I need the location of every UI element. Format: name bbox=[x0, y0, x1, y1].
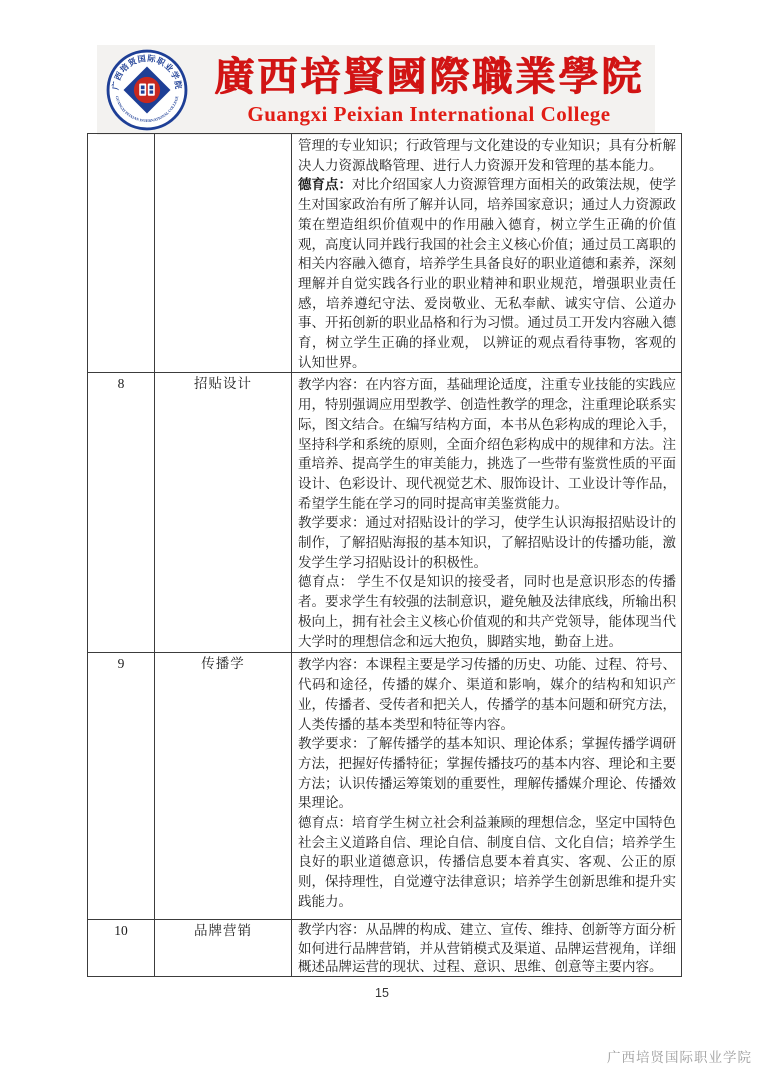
college-title-block: 廣西培賢國際職業學院 Guangxi Peixian International… bbox=[209, 47, 649, 133]
college-logo: 广西培贤国际职业学院 GUANGXI PEIXIAN INTERNATIONAL… bbox=[106, 49, 188, 131]
row-number: 8 bbox=[88, 373, 155, 653]
table-row: 9 传播学 教学内容：本课程主要是学习传播的历史、功能、过程、符号、代码和途径，… bbox=[88, 653, 682, 920]
row-number: 9 bbox=[88, 653, 155, 920]
course-name: 招贴设计 bbox=[155, 373, 292, 653]
course-description: 教学内容：本课程主要是学习传播的历史、功能、过程、符号、代码和途径，传播的媒介、… bbox=[292, 653, 682, 920]
footer-watermark: 广西培贤国际职业学院 bbox=[607, 1046, 752, 1066]
description-paragraph: 教学要求：通过对招贴设计的学习，使学生认识海报招贴设计的制作，了解招贴海报的基本… bbox=[298, 513, 676, 572]
description-paragraph: 德育点：对比介绍国家人力资源管理方面相关的政策法规，使学生对国家政治有所了解并认… bbox=[298, 175, 676, 372]
header-banner: 广西培贤国际职业学院 GUANGXI PEIXIAN INTERNATIONAL… bbox=[97, 45, 655, 135]
college-name-en: Guangxi Peixian International College bbox=[247, 101, 610, 127]
moral-point-label: 德育点： bbox=[298, 177, 352, 192]
course-description: 教学内容：在内容方面，基础理论适度，注重专业技能的实践应用，特别强调应用型教学、… bbox=[292, 373, 682, 653]
description-paragraph: 教学内容：本课程主要是学习传播的历史、功能、过程、符号、代码和途径，传播的媒介、… bbox=[298, 655, 676, 734]
description-paragraph: 德育点： 学生不仅是知识的接受者，同时也是意识形态的传播者。要求学生有较强的法制… bbox=[298, 572, 676, 651]
table-row: 管理的专业知识；行政管理与文化建设的专业知识；具有分析解决人力资源战略管理、进行… bbox=[88, 134, 682, 373]
course-name: 传播学 bbox=[155, 653, 292, 920]
description-paragraph: 德育点：培育学生树立社会利益兼顾的理想信念，坚定中国特色社会主义道路自信、理论自… bbox=[298, 813, 676, 912]
course-description: 教学内容：从品牌的构成、建立、宣传、维持、创新等方面分析如何进行品牌营销，并从营… bbox=[292, 920, 682, 977]
page-number: 15 bbox=[0, 986, 764, 1000]
table-row: 8 招贴设计 教学内容：在内容方面，基础理论适度，注重专业技能的实践应用，特别强… bbox=[88, 373, 682, 653]
description-paragraph: 教学内容：在内容方面，基础理论适度，注重专业技能的实践应用，特别强调应用型教学、… bbox=[298, 375, 676, 513]
college-logo-emblem: 广西培贤国际职业学院 GUANGXI PEIXIAN INTERNATIONAL… bbox=[106, 49, 188, 131]
row-number bbox=[88, 134, 155, 373]
description-paragraph: 管理的专业知识；行政管理与文化建设的专业知识；具有分析解决人力资源战略管理、进行… bbox=[298, 136, 676, 175]
description-paragraph: 教学要求：了解传播学的基本知识、理论体系；掌握传播学调研方法，把握好传播特征；掌… bbox=[298, 734, 676, 813]
course-table: 管理的专业知识；行政管理与文化建设的专业知识；具有分析解决人力资源战略管理、进行… bbox=[87, 133, 682, 977]
course-name bbox=[155, 134, 292, 373]
table-row: 10 品牌营销 教学内容：从品牌的构成、建立、宣传、维持、创新等方面分析如何进行… bbox=[88, 920, 682, 977]
course-name: 品牌营销 bbox=[155, 920, 292, 977]
description-paragraph: 教学内容：从品牌的构成、建立、宣传、维持、创新等方面分析如何进行品牌营销，并从营… bbox=[298, 921, 676, 976]
logo-red-circle bbox=[134, 77, 160, 103]
row-number: 10 bbox=[88, 920, 155, 977]
course-description: 管理的专业知识；行政管理与文化建设的专业知识；具有分析解决人力资源战略管理、进行… bbox=[292, 134, 682, 373]
college-name-zh: 廣西培賢國際職業學院 bbox=[214, 53, 644, 101]
